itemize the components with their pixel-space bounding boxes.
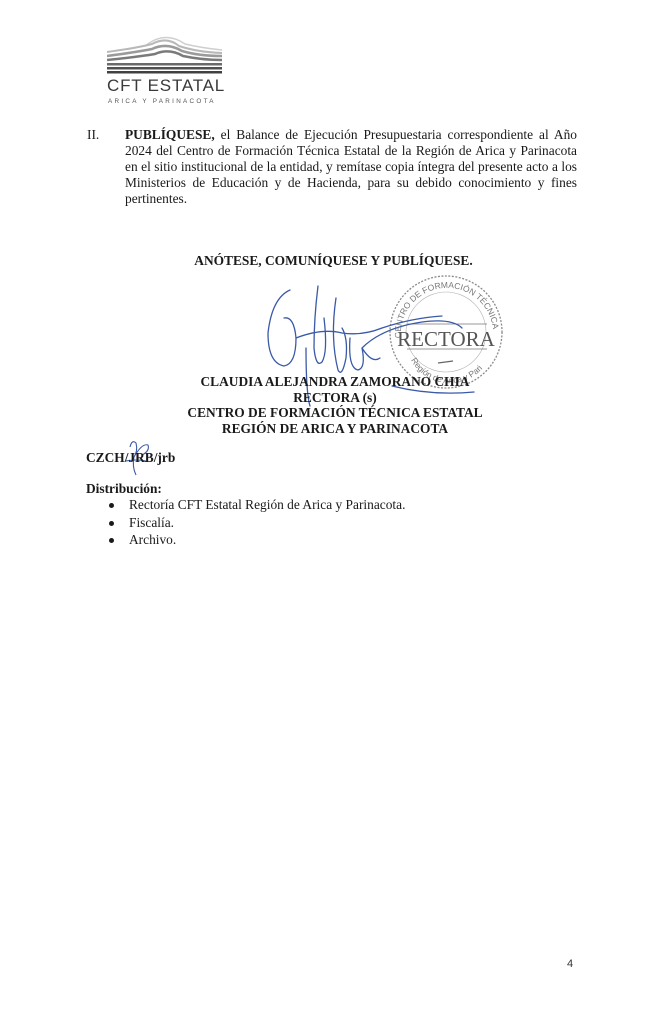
distribution-item: Archivo.: [105, 531, 405, 549]
distribution-item: Fiscalía.: [105, 514, 405, 532]
reference-initials: CZCH/JRB/jrb: [86, 450, 175, 466]
institution-logo: CFT ESTATAL ARICA Y PARINACOTA: [107, 32, 222, 110]
logo-title: CFT ESTATAL: [107, 76, 222, 96]
page-number: 4: [567, 958, 573, 970]
signatory-position: RECTORA (s): [140, 390, 530, 406]
item-number: II.: [87, 127, 99, 143]
logo-subtitle: ARICA Y PARINACOTA: [108, 98, 216, 105]
signatory-institution: CENTRO DE FORMACIÓN TÉCNICA ESTATAL: [140, 405, 530, 421]
signatory-region: REGIÓN DE ARICA Y PARINACOTA: [140, 421, 530, 437]
distribution-item: Rectoría CFT Estatal Región de Arica y P…: [105, 496, 405, 514]
item-body: PUBLÍQUESE, el Balance de Ejecución Pres…: [125, 127, 577, 207]
item-lead: PUBLÍQUESE,: [125, 127, 215, 142]
mountain-lines-icon: [107, 32, 222, 76]
closing-formula: ANÓTESE, COMUNÍQUESE Y PUBLÍQUESE.: [0, 253, 667, 269]
signatory-name: CLAUDIA ALEJANDRA ZAMORANO CHIA: [140, 374, 530, 390]
distribution-list: Rectoría CFT Estatal Región de Arica y P…: [105, 496, 405, 549]
distribution-title: Distribución:: [86, 481, 162, 497]
resolution-item: II. PUBLÍQUESE, el Balance de Ejecución …: [87, 127, 577, 207]
signatory-block: CLAUDIA ALEJANDRA ZAMORANO CHIA RECTORA …: [140, 374, 530, 436]
